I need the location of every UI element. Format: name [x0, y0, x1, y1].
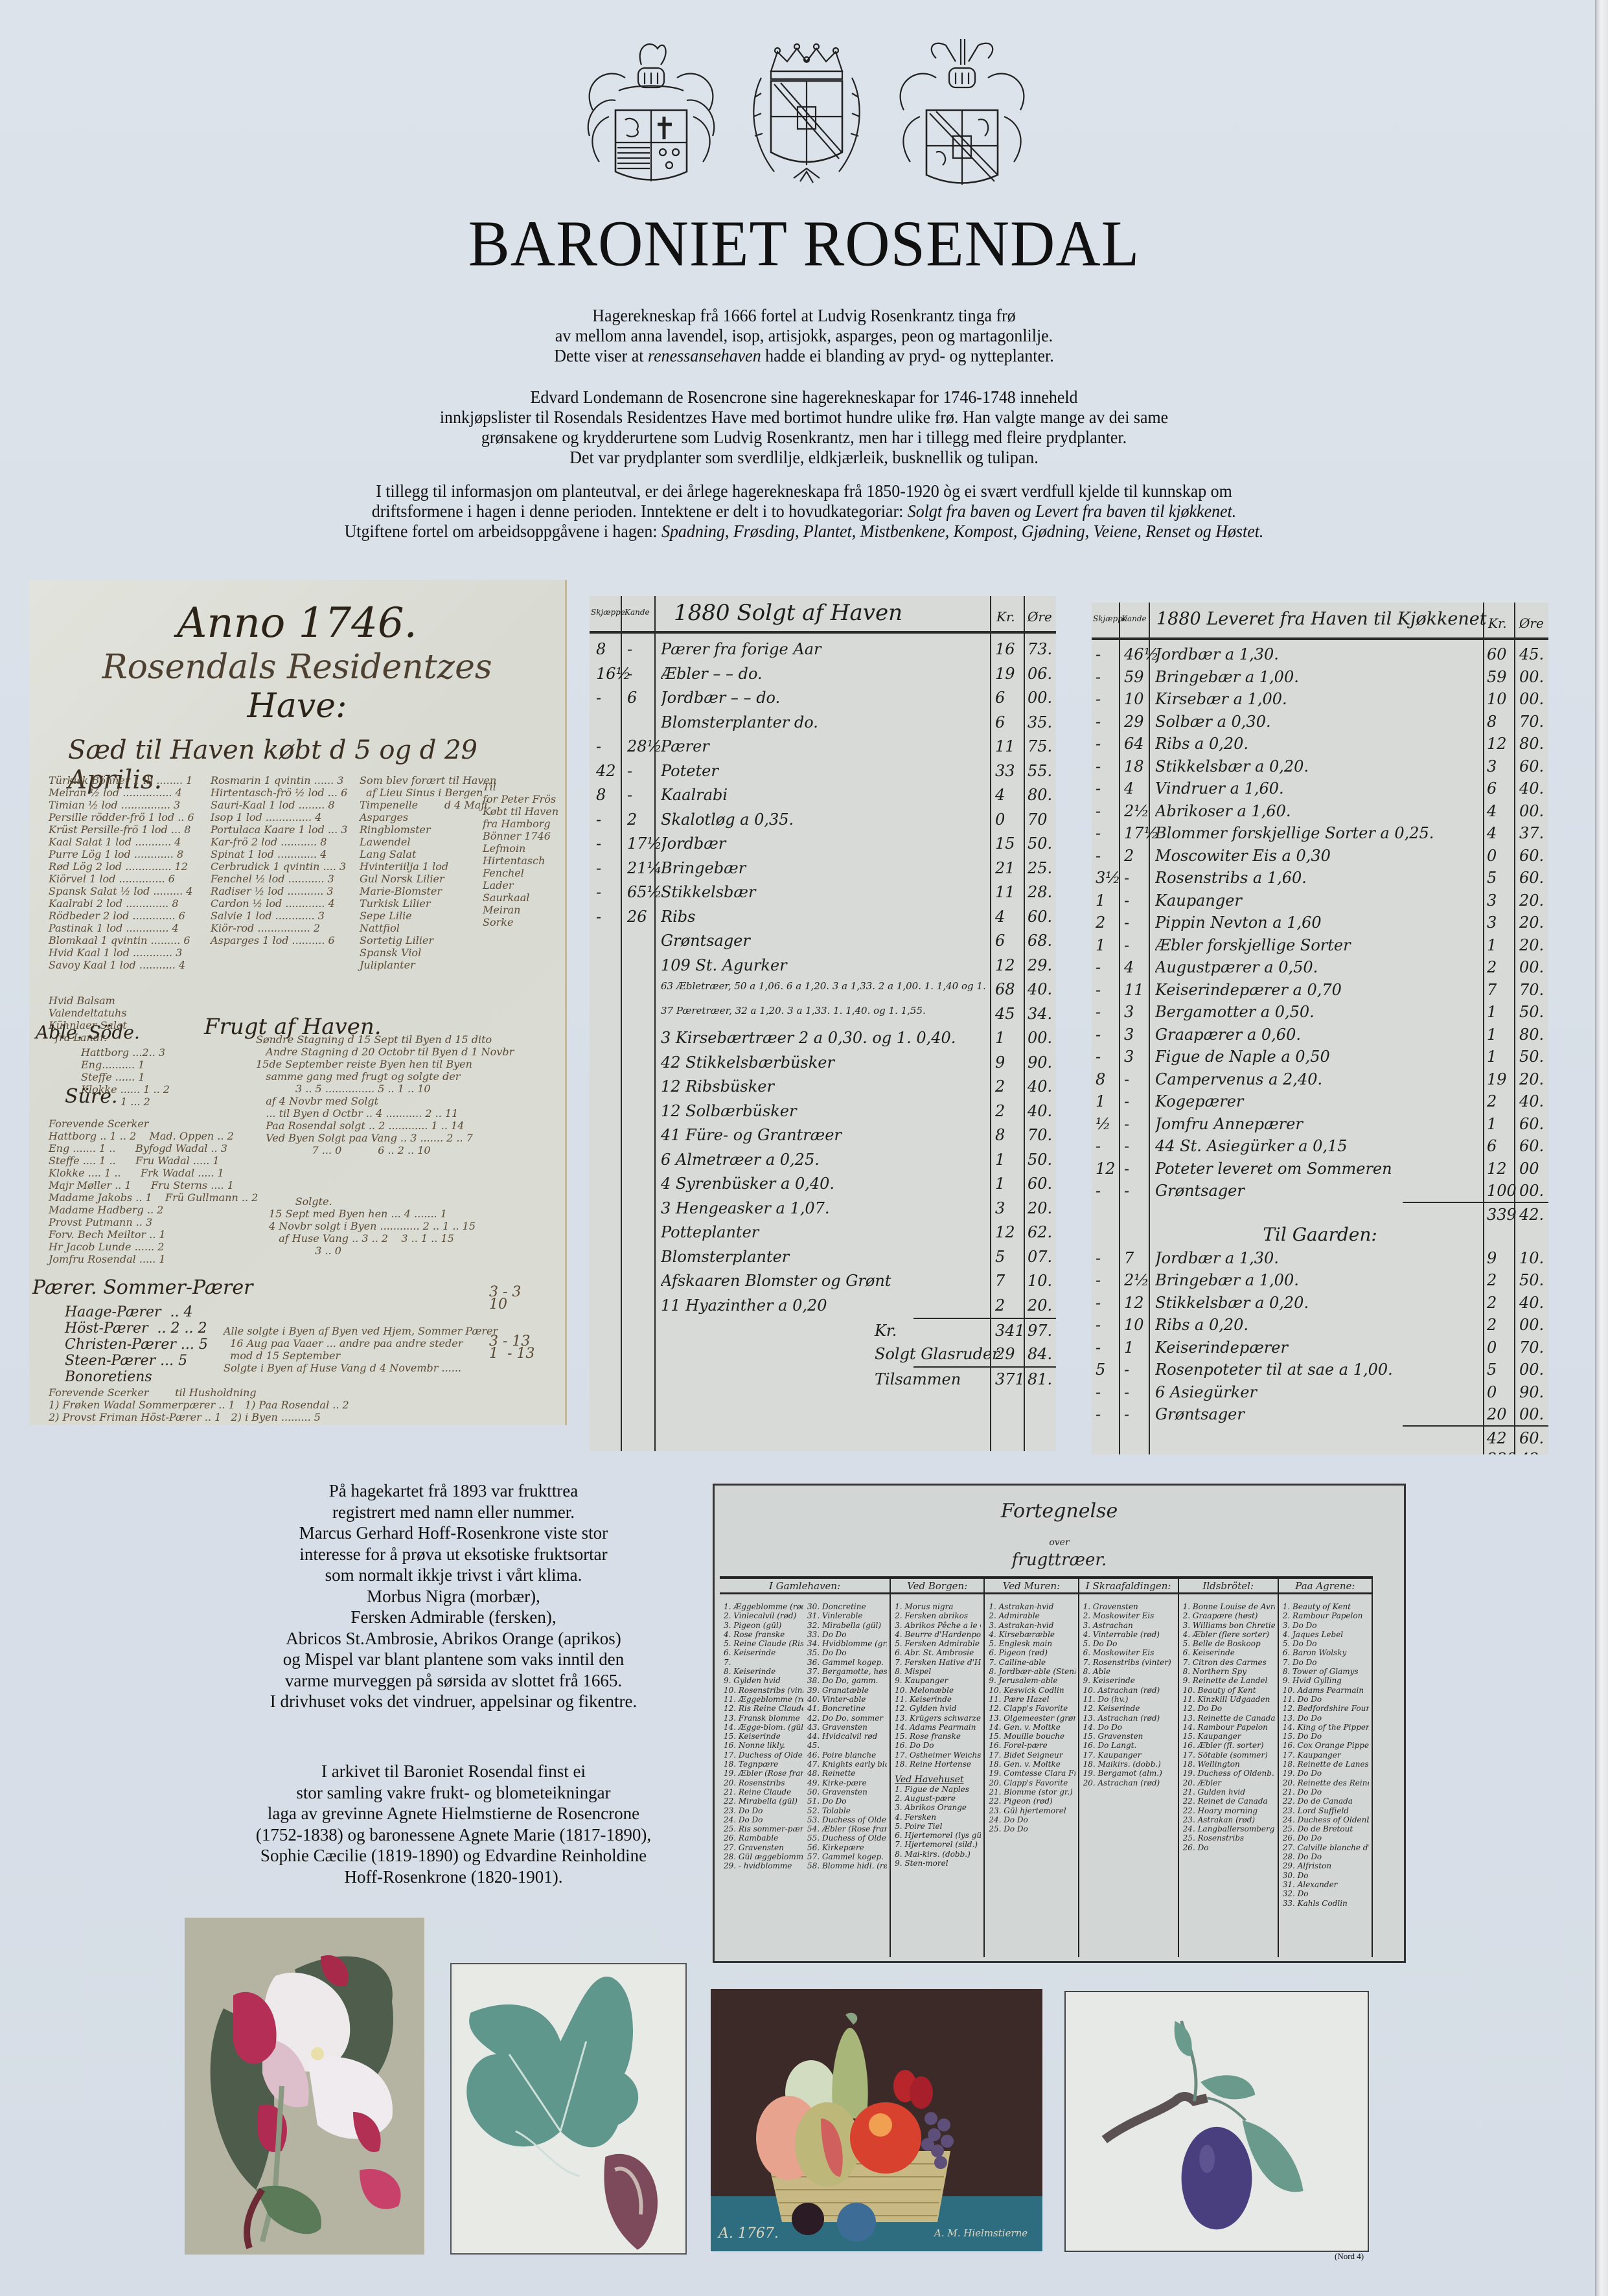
- fruit-trees-text: På hagekartet frå 1893 var frukttrea reg…: [188, 1480, 719, 1712]
- ledger-row: 3 Hengeasker a 1,07.320.: [590, 1197, 1056, 1221]
- register-entry: 3. Williams bon Chretien: [1183, 1621, 1275, 1630]
- register-entry: 7. Do Do: [1283, 1658, 1369, 1667]
- register-entry: 28. Gül æggeblomme: [724, 1852, 803, 1861]
- register-entry: 10. Beauty of Kent: [1183, 1686, 1275, 1695]
- amount-kr: 16: [995, 640, 1015, 658]
- register-entry: 8. Mispel: [895, 1667, 981, 1676]
- amount-kr: 4: [995, 786, 1005, 804]
- register-entry: 6. Keiserinde: [724, 1648, 803, 1657]
- register-entry: 6. Pigeon (rød): [989, 1648, 1075, 1657]
- amount-ore: 70.: [1519, 713, 1544, 731]
- measure-kande: -: [1124, 1383, 1129, 1401]
- amount-ore: 60.: [1028, 1175, 1052, 1193]
- amount-kr: 5: [1487, 1360, 1497, 1379]
- item-name: Augustpærer a 0,50.: [1155, 958, 1479, 976]
- register-entry: 23. Astrakan (rød): [1183, 1815, 1275, 1824]
- register-entry: 47. Knights early black: [807, 1760, 887, 1769]
- ledger-1880-delivered: Skjæppe Kande 1880 Leveret fra Haven til…: [1092, 603, 1548, 1454]
- amount-kr: 7: [995, 1272, 1005, 1290]
- measure-skjaeppe: -: [1096, 690, 1101, 708]
- coats-of-arms: [580, 32, 1033, 201]
- register-entry: 8. Keiserinde: [724, 1667, 803, 1676]
- register-entry: 20. Clapp's Favorite: [989, 1778, 1075, 1787]
- register-entry: 3. Abrikos Pêche a le Gros: [895, 1621, 981, 1630]
- plum-branch-painting: [1064, 1991, 1369, 2252]
- register-entry: 48. Reinette: [807, 1769, 887, 1778]
- register-entry: 5. Englesk main: [989, 1639, 1075, 1648]
- measure-kande: 29: [1124, 713, 1144, 731]
- register-entry: 57. Gammel kogep.: [807, 1852, 887, 1861]
- register-entry: 16. Nonne likly.: [724, 1741, 803, 1750]
- measure-kande: -: [627, 762, 632, 780]
- measure-kande: 3: [1124, 1026, 1134, 1044]
- register-entry: 34. Hvidblomme (grøn): [807, 1639, 887, 1648]
- register-entry: 51. Do Do: [807, 1797, 887, 1806]
- amount-kr: 0: [1487, 847, 1497, 865]
- measure-skjaeppe: -: [596, 883, 601, 901]
- measure-kande: 17½: [1124, 824, 1159, 842]
- amount-ore: 80.: [1028, 786, 1052, 804]
- register-entry: 33. Kahls Codlin: [1283, 1899, 1369, 1908]
- item-name: Vindruer a 1,60.: [1155, 779, 1479, 798]
- item-name: Grøntsager: [661, 932, 985, 950]
- measure-kande: -: [627, 640, 632, 658]
- register-entry: 21. Reine Claude: [724, 1787, 803, 1797]
- amount-ore: 50.: [1519, 1048, 1544, 1066]
- ledger-row: -64Ribs a 0,20.1280.: [1092, 732, 1548, 755]
- total-ore: 42: [1519, 1450, 1539, 1454]
- measure-kande: -: [627, 786, 632, 804]
- register-entry: 24. Do Do: [724, 1815, 803, 1824]
- item-name: Jomfru Annepærer: [1155, 1115, 1479, 1133]
- register-entry: 17. Bidet Seigneur: [989, 1751, 1075, 1760]
- ledger-row: -46½Jordbær a 1,30.6045.: [1092, 643, 1548, 665]
- measure-skjaeppe: -: [1096, 757, 1101, 775]
- amount-ore: 10.: [1028, 1272, 1052, 1290]
- ledger-row: 1-Kaupanger320.: [1092, 889, 1548, 912]
- amount-ore: 20.: [1519, 1070, 1544, 1088]
- ledger-row: 6 Almetræer a 0,25.150.: [590, 1148, 1056, 1173]
- total-kr: 29: [995, 1345, 1015, 1363]
- measure-skjaeppe: 8: [596, 786, 606, 804]
- item-name: Moscowiter Eis a 0,30: [1155, 847, 1479, 865]
- ledger-row: ½-Jomfru Annepærer160.: [1092, 1112, 1548, 1135]
- register-column-header: Ildsbrötel:: [1179, 1579, 1278, 1594]
- ledger-row: -2Moscowiter Eis a 0,30060.: [1092, 844, 1548, 867]
- amount-kr: 1: [1487, 1048, 1497, 1066]
- amount-ore: 68.: [1028, 932, 1052, 950]
- ledger-row: Afskaaren Blomster og Grønt710.: [590, 1269, 1056, 1294]
- register-entry: 3. Astrachan: [1083, 1621, 1175, 1630]
- register-entry: 7. Rosenstribs (vinter): [1083, 1658, 1175, 1667]
- measure-skjaeppe: -: [1096, 1271, 1101, 1289]
- measure-skjaeppe: -: [1096, 1249, 1101, 1267]
- register-entry: 7. Hjertemorel (sild.): [895, 1840, 981, 1849]
- item-name: Ribs a 0,20.: [1155, 1316, 1479, 1334]
- register-entry: 3. Astrakan-hvid: [989, 1621, 1075, 1630]
- measure-skjaeppe: -: [1096, 735, 1101, 753]
- amount-kr: 7: [1487, 981, 1497, 999]
- measure-kande: 11: [1124, 981, 1144, 999]
- amount-ore: 25.: [1028, 859, 1052, 877]
- register-entry: 19. Æbler (Rose franske): [724, 1769, 803, 1778]
- register-entry: 24. Do Do: [989, 1815, 1075, 1824]
- register-entry: 4. Vinterrable (rød): [1083, 1630, 1175, 1639]
- amount-ore: 28.: [1028, 883, 1052, 901]
- ledger-row: 12-Poteter leveret om Sommeren1200: [1092, 1157, 1548, 1180]
- register-entry: 25. Rosenstribs: [1183, 1833, 1275, 1843]
- register-entry: 25. Ris sommer-pære: [724, 1824, 803, 1833]
- item-name: Grøntsager: [1155, 1405, 1479, 1423]
- ledger-row: -18Stikkelsbær a 0,20.360.: [1092, 755, 1548, 777]
- amount-kr: 1: [995, 1151, 1005, 1169]
- ledger-row: -10Ribs a 0,20.200.: [1092, 1313, 1548, 1336]
- ledger-row: 3 Kirsebærtræer 2 a 0,30. og 1. 0,40.100…: [590, 1026, 1056, 1051]
- ledger-row: -3Bergamotter a 0,50.150.: [1092, 1000, 1548, 1023]
- page-title: BARONIET ROSENDAL: [0, 205, 1608, 281]
- register-entry: 52. Tolable: [807, 1806, 887, 1815]
- measure-kande: -: [1124, 869, 1129, 887]
- register-entry: 4. Æbler (flere sorter): [1183, 1630, 1275, 1639]
- register-table: I Gamlehaven:1. Æggeblomme (rød)2. Vinle…: [720, 1576, 1373, 1957]
- amount-kr: 10: [1487, 690, 1507, 708]
- register-entry: 11. Æggeblomme (rød): [724, 1695, 803, 1704]
- amount-ore: 50.: [1519, 1003, 1544, 1021]
- register-entry: 15. Kaupanger: [1183, 1732, 1275, 1741]
- item-name: Rosenstribs a 1,60.: [1155, 869, 1479, 887]
- register-entry: 27. Calville blanche d'hiver: [1283, 1843, 1369, 1852]
- measure-kande: 10: [1124, 690, 1144, 708]
- amount-ore: 60.: [1519, 869, 1544, 887]
- register-entry: 5. Do Do: [1283, 1639, 1369, 1648]
- amount-ore: 62.: [1028, 1223, 1052, 1241]
- ledger-row: 11 Hyazinther a 0,20220.: [590, 1294, 1056, 1318]
- item-name: Jordbær: [661, 834, 985, 853]
- register-entry: 11. Pære Hazel: [989, 1695, 1075, 1704]
- item-name: Abrikoser a 1,60.: [1155, 802, 1479, 820]
- amount-ore: 90.: [1519, 1383, 1544, 1401]
- register-entry: 17. Ostheimer Weichsel: [895, 1751, 981, 1760]
- measure-skjaeppe: -: [596, 908, 601, 926]
- ledger-row: -65½Stikkelsbær1128.: [590, 880, 1056, 905]
- register-entry: 30. Doncretine: [807, 1602, 887, 1611]
- register-entry: 4. Kirsebæræble: [989, 1630, 1075, 1639]
- total-label: Kr.: [875, 1322, 897, 1340]
- ledger-row: 4 Syrenbüsker a 0,40.160.: [590, 1172, 1056, 1197]
- register-entry: 8. Tower of Glamys: [1283, 1667, 1369, 1676]
- amount-kr: 2: [1487, 958, 1497, 976]
- register-entry: 12. Keiserinde: [1083, 1704, 1175, 1713]
- measure-skjaeppe: -: [1096, 1294, 1101, 1312]
- register-entry: 5. Reine Claude (Ris): [724, 1639, 803, 1648]
- amount-ore: 00.: [1519, 958, 1544, 976]
- register-entry: 1. Astrakan-hvid: [989, 1602, 1075, 1611]
- item-name: Blomsterplanter: [661, 1248, 985, 1266]
- measure-kande: 2: [1124, 847, 1134, 865]
- ledger-rows: 8-Pærer fra forige Aar1673.16½-Æbler – –…: [590, 637, 1056, 1391]
- item-name: 4 Syrenbüsker a 0,40.: [661, 1175, 985, 1193]
- measure-kande: 59: [1124, 668, 1144, 686]
- ledger-total-row: Solgt Glasruder2984.: [590, 1342, 1056, 1367]
- register-entry: 38. Do Do, gamm.: [807, 1676, 887, 1685]
- amount-kr: 2: [1487, 1316, 1497, 1334]
- amount-kr: 0: [1487, 1383, 1497, 1401]
- item-name: Pærer: [661, 737, 985, 755]
- amount-kr: 9: [1487, 1249, 1497, 1267]
- register-entry: 17. Kaupanger: [1083, 1751, 1175, 1760]
- item-name: Stikkelsbær a 0,20.: [1155, 757, 1479, 775]
- measure-skjaeppe: -: [1096, 668, 1101, 686]
- amount-kr: 68: [995, 980, 1015, 998]
- item-name: Æbler forskjellige Sorter: [1155, 936, 1479, 954]
- register-entry: 36. Gammel kogep.: [807, 1658, 887, 1667]
- register-column: I Skraafaldingen:1. Gravensten2. Moskowi…: [1079, 1579, 1179, 1957]
- register-entry: 3. Pigeon (gül): [724, 1621, 803, 1630]
- measure-skjaeppe: -: [596, 689, 601, 707]
- amount-kr: 4: [1487, 824, 1497, 842]
- register-entry: 22. Pigeon (rød): [989, 1797, 1075, 1806]
- amount-kr: 21: [995, 859, 1015, 877]
- measure-kande: 1: [1124, 1338, 1134, 1357]
- item-name: 3 Hengeasker a 1,07.: [661, 1199, 985, 1217]
- register-entry: 22. Hoary morning: [1183, 1806, 1275, 1815]
- measure-kande: 18: [1124, 757, 1144, 775]
- register-entry: 43. Gravensten: [807, 1723, 887, 1732]
- item-name: Ribs a 0,20.: [1155, 735, 1479, 753]
- measure-skjaeppe: -: [1096, 981, 1101, 999]
- amount-kr: 5: [995, 1248, 1005, 1266]
- register-entry: 23. Lord Suffield: [1283, 1806, 1369, 1815]
- register-entry: 54. Æbler (Rose franske): [807, 1824, 887, 1833]
- register-entry: 26. Rambable: [724, 1833, 803, 1843]
- board-frame-edge: [1595, 0, 1608, 2296]
- amount-ore: 20.: [1519, 891, 1544, 910]
- measure-skjaeppe: 5: [1096, 1360, 1105, 1379]
- register-entry: 25. Do Do: [989, 1824, 1075, 1833]
- amount-kr: 4: [995, 908, 1005, 926]
- ledger-1880-sold: Skjæppe Kande 1880 Solgt af Haven Kr. Ør…: [590, 596, 1056, 1451]
- amount-ore: 10.: [1519, 1249, 1544, 1267]
- amount-ore: 37.: [1519, 824, 1544, 842]
- item-name: Jordbær – – do.: [661, 689, 985, 707]
- register-entry: 56. Kirkepære: [807, 1843, 887, 1852]
- total-label: Solgt Glasruder: [875, 1345, 1000, 1363]
- measure-kande: -: [1124, 1160, 1129, 1178]
- register-entry: 12. Do Do: [1183, 1704, 1275, 1713]
- register-entry: 19. Duchess of Oldenb.: [1183, 1769, 1275, 1778]
- item-name: 109 St. Agurker: [661, 956, 985, 974]
- item-name: Blomsterplanter do.: [661, 713, 985, 731]
- register-entry: 33. Do Do: [807, 1630, 887, 1639]
- amount-kr: 1: [1487, 1026, 1497, 1044]
- ledger-row: -12Stikkelsbær a 0,20.240.: [1092, 1291, 1548, 1314]
- register-entry: 5. Poire Tiel: [895, 1822, 981, 1831]
- ledger-total-row: 4260.: [1403, 1425, 1548, 1448]
- amount-kr: 8: [1487, 713, 1497, 731]
- amount-kr: 6: [995, 689, 1005, 707]
- register-entry: 17. Duchess of Oldenb.: [724, 1751, 803, 1760]
- measure-skjaeppe: 8: [596, 640, 606, 658]
- total-ore: 97.: [1028, 1322, 1052, 1340]
- measure-kande: 3: [1124, 1003, 1134, 1021]
- register-entry: 26. Do Do: [1283, 1833, 1369, 1843]
- amount-ore: 00.: [1519, 1405, 1544, 1423]
- measure-kande: -: [1124, 913, 1129, 932]
- amount-kr: 1: [995, 1029, 1005, 1047]
- item-name: Bringebær: [661, 859, 985, 877]
- register-entry: 32. Mirabella (gül): [807, 1621, 887, 1630]
- amount-kr: 0: [995, 810, 1005, 829]
- amount-ore: 40.: [1519, 1294, 1544, 1312]
- register-entry: 11. Keiserinde: [895, 1695, 981, 1704]
- ledger-row: 16½-Æbler – – do.1906.: [590, 662, 1056, 687]
- item-name: Kogepærer: [1155, 1092, 1479, 1110]
- register-entry: 41. Boncretine: [807, 1704, 887, 1713]
- amount-ore: 80.: [1519, 735, 1544, 753]
- register-entry: 18. Gen. v. Moltke: [989, 1760, 1075, 1769]
- register-entry: 31. Vinlerable: [807, 1611, 887, 1620]
- amount-kr: 20: [1487, 1405, 1507, 1423]
- item-name: Kaalrabi: [661, 786, 985, 804]
- register-entry: 6. Abr. St. Ambrosie: [895, 1648, 981, 1657]
- register-entry: 10. Rosenstribs (vinb.): [724, 1686, 803, 1695]
- item-name: Bringebær a 1,00.: [1155, 1271, 1479, 1289]
- amount-ore: 00.: [1028, 1029, 1052, 1047]
- register-entry: 13. Olgemeester (grøn): [989, 1714, 1075, 1723]
- register-entry: 32. Do: [1283, 1889, 1369, 1898]
- amount-ore: 00.: [1519, 690, 1544, 708]
- measure-kande: 7: [1124, 1249, 1134, 1267]
- ledger-row: Potteplanter1262.: [590, 1221, 1056, 1245]
- amount-ore: 70: [1028, 810, 1048, 829]
- register-entry: 13. Krügers schwarze: [895, 1714, 981, 1723]
- amount-kr: 11: [995, 737, 1015, 755]
- register-entry: 44. Hvidcalvil rød: [807, 1732, 887, 1741]
- item-name: Potteplanter: [661, 1223, 985, 1241]
- measure-skjaeppe: -: [1096, 1026, 1101, 1044]
- register-entry: 13. Do Do: [1283, 1714, 1369, 1723]
- register-entry: 13. Reinette de Canada: [1183, 1714, 1275, 1723]
- register-entry: 14. Adams Pearmain: [895, 1723, 981, 1732]
- register-entry: 2. Admirable: [989, 1611, 1075, 1620]
- register-entry: 2. Vinlecalvil (rød): [724, 1611, 803, 1620]
- measure-skjaeppe: -: [1096, 1137, 1101, 1155]
- ledger-row: --Grøntsager10000.: [1092, 1179, 1548, 1202]
- measure-skjaeppe: -: [596, 859, 601, 877]
- ledger-row: -2½Bringebær a 1,00.250.: [1092, 1269, 1548, 1291]
- register-entry: 1. Figue de Naples: [895, 1785, 981, 1794]
- measure-skjaeppe: -: [1096, 713, 1101, 731]
- register-entry: 22. Reinet de Canada: [1183, 1797, 1275, 1806]
- measure-kande: 2½: [1124, 1271, 1149, 1289]
- amount-ore: 90.: [1028, 1053, 1052, 1072]
- register-entry: 40. Vinter-able: [807, 1695, 887, 1704]
- item-name: 42 Stikkelsbærbüsker: [661, 1053, 985, 1072]
- amount-ore: 50.: [1028, 1151, 1052, 1169]
- ledger-row: 8-Kaalrabi480.: [590, 783, 1056, 808]
- measure-skjaeppe: -: [596, 810, 601, 829]
- register-entry: 15. Rose franske: [895, 1732, 981, 1741]
- item-name: 3 Kirsebærtræer 2 a 0,30. og 1. 0,40.: [661, 1029, 985, 1047]
- register-entry: 16. Forel-pære: [989, 1741, 1075, 1750]
- amount-kr: 2: [1487, 1271, 1497, 1289]
- register-entry: 2. Rambour Papelon: [1283, 1611, 1369, 1620]
- ledger-row: --Grøntsager2000.: [1092, 1403, 1548, 1425]
- measure-skjaeppe: 1: [1096, 936, 1105, 954]
- register-entry: 22. Do de Canada: [1283, 1797, 1369, 1806]
- register-column: Ved Borgen:1. Morus nigra2. Fersken abri…: [891, 1579, 985, 1957]
- fig-leaf-and-fruit-painting: [450, 1963, 687, 2255]
- item-name: Keiserindepærer: [1155, 1338, 1479, 1357]
- register-entry: 29. - hvidblomme: [724, 1861, 803, 1870]
- measure-kande: -: [1124, 936, 1129, 954]
- measure-kande: 6: [627, 689, 637, 707]
- register-entry: 5. Belle de Boskoop: [1183, 1639, 1275, 1648]
- register-column-header: I Skraafaldingen:: [1079, 1579, 1178, 1594]
- measure-skjaeppe: 8: [1096, 1070, 1105, 1088]
- ledger-row: --6 Asiegürker090.: [1092, 1381, 1548, 1403]
- ledger-row: -4Vindruer a 1,60.640.: [1092, 777, 1548, 799]
- register-entry: 14. Do Do: [1083, 1723, 1175, 1732]
- item-name: 37 Pæretræer, 32 a 1,20. 3 a 1,33. 1. 1,…: [661, 1005, 985, 1016]
- ledger-row: -26Ribs460.: [590, 905, 1056, 930]
- register-entry: 10. Melonæble: [895, 1686, 981, 1695]
- measure-skjaeppe: -: [1096, 1048, 1101, 1066]
- register-entry: 14. King of the Pippen: [1283, 1723, 1369, 1732]
- item-name: Grøntsager: [1155, 1182, 1479, 1200]
- amount-kr: 2: [995, 1077, 1005, 1096]
- ledger-row: -2½Abrikoser a 1,60.400.: [1092, 799, 1548, 822]
- measure-skjaeppe: -: [1096, 824, 1101, 842]
- amount-ore: 60.: [1519, 1115, 1544, 1133]
- register-entry: 3. Do Do: [1283, 1621, 1369, 1630]
- item-name: Poteter leveret om Sommeren: [1155, 1160, 1479, 1178]
- ledger-row: -1Keiserindepærer070.: [1092, 1336, 1548, 1359]
- item-name: Jordbær a 1,30.: [1155, 645, 1479, 663]
- register-entry: 16. Cox Orange Pippen: [1283, 1741, 1369, 1750]
- register-entry: 7. Calline-able: [989, 1658, 1075, 1667]
- amount-ore: 60.: [1519, 1137, 1544, 1155]
- register-column-header: I Gamlehaven:: [720, 1579, 890, 1594]
- measure-kande: 64: [1124, 735, 1144, 753]
- amount-ore: 00.: [1519, 802, 1544, 820]
- amount-kr: 45: [995, 1005, 1015, 1023]
- measure-skjaeppe: -: [1096, 1405, 1101, 1423]
- register-entry: 58. Blomme hidl. (rød): [807, 1861, 887, 1870]
- item-name: Afskaaren Blomster og Grønt: [661, 1272, 985, 1290]
- amount-ore: 50.: [1519, 1271, 1544, 1289]
- register-entry: 10. Keswick Codlin: [989, 1686, 1075, 1695]
- item-name: Figue de Naple a 0,50: [1155, 1048, 1479, 1066]
- measure-kande: -: [1124, 1405, 1129, 1423]
- amount-kr: 19: [995, 665, 1015, 683]
- ledger-row: 1-Kogepærer240.: [1092, 1090, 1548, 1112]
- ledger-row: 41 Füre- og Grantræer870.: [590, 1123, 1056, 1148]
- ledger-total-row: Kr.34197.: [913, 1318, 1056, 1342]
- amount-ore: 20.: [1028, 1296, 1052, 1314]
- total-ore: 42.: [1519, 1206, 1544, 1224]
- register-entry: 19. Comtesse Clara Frijs: [989, 1769, 1075, 1778]
- register-entry: 6. Hjertemorel (lys gül): [895, 1831, 981, 1840]
- ledger-row: -3Figue de Naple a 0,50150.: [1092, 1045, 1548, 1068]
- amount-kr: 6: [995, 713, 1005, 731]
- amount-ore: 55.: [1028, 762, 1052, 780]
- register-entry: 1. Gravensten: [1083, 1602, 1175, 1611]
- register-entry: 21. Blomme (stor gr.): [989, 1787, 1075, 1797]
- measure-kande: 2: [627, 810, 637, 829]
- apple-blossom-painting: [185, 1918, 424, 2255]
- register-entry: 5. Do Do: [1083, 1639, 1175, 1648]
